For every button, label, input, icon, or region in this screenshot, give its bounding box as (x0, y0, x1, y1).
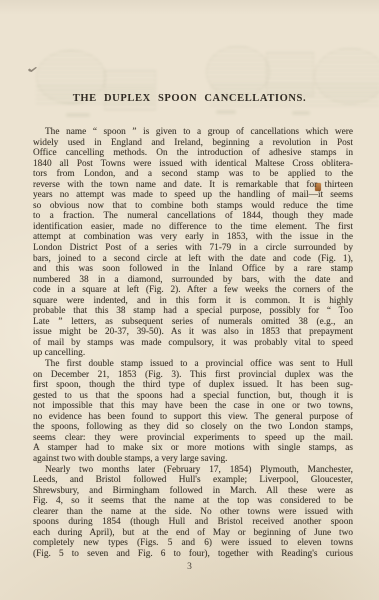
text-line: no evidence has been found to support th… (33, 412, 353, 423)
text-line: Nearly two months later (February 17, 18… (33, 465, 353, 476)
text-line: Fig. 4, so it seems that the name at the… (33, 496, 353, 507)
text-line: and this was soon followed in the Inland… (33, 264, 353, 275)
text-line: spoons during 1854 (though Hull and Bris… (33, 517, 353, 528)
text-line: completely new types (Figs. 5 and 6) wer… (33, 538, 353, 549)
text-line: numbered 38 in a diamond, surrounded by … (33, 275, 353, 286)
text-line: up cancelling. (33, 348, 353, 359)
text-line: clearer than the name at the side. No ot… (33, 507, 353, 518)
text-line: code in a square at left (Fig. 2). After… (33, 285, 353, 296)
text-line: The name “ spoon ” is given to a group o… (33, 127, 353, 138)
text-line: (Fig. 5 to seven and Fig. 6 to four), to… (33, 549, 353, 560)
body-text: The name “ spoon ” is given to a group o… (33, 127, 353, 559)
text-line: against two with double stamps, a very l… (33, 454, 353, 465)
text-line: bars, joined to a second circle at left … (33, 254, 353, 265)
paragraph: The first double stamp issued to a provi… (33, 359, 353, 464)
text-line: Late ” letters, as subsequent series of … (33, 317, 353, 328)
text-line: on December 21, 1853 (Fig. 3). This firs… (33, 370, 353, 381)
ghost-caption-right-icon (292, 111, 310, 115)
text-line: 1840 all Post Towns were issued with ide… (33, 159, 353, 170)
ghost-caption-mid-icon (216, 110, 236, 114)
text-line: Shrewsbury, and Birmingham followed in M… (33, 486, 353, 497)
text-line: square were indented, and in this form i… (33, 296, 353, 307)
text-line: probable that this 38 stamp had a specia… (33, 306, 353, 317)
text-line: gested to us that the spoons had a speci… (33, 391, 353, 402)
paragraph: Nearly two months later (February 17, 18… (33, 465, 353, 560)
text-line: each during April), but at the end of Ma… (33, 528, 353, 539)
text-line: Office cancelling methods. On the introd… (33, 148, 353, 159)
paragraph: The name “ spoon ” is given to a group o… (33, 127, 353, 359)
text-line: seems clear: they were provincial experi… (33, 433, 353, 444)
text-line: issue might be 20-37, 39-50). As it was … (33, 327, 353, 338)
text-line: years no attempt was made to speed up th… (33, 190, 353, 201)
text-line: A stamper had to make six or more motion… (33, 443, 353, 454)
text-line: the spoons, following as they did so clo… (33, 422, 353, 433)
text-line: tors from London, and a second stamp was… (33, 169, 353, 180)
book-page: THE DUPLEX SPOON CANCELLATIONS. The name… (0, 0, 379, 600)
text-line: The first double stamp issued to a provi… (33, 359, 353, 370)
text-line: attempt at combination was very early in… (33, 232, 353, 243)
text-line: not impossible that this may have been t… (33, 401, 353, 412)
text-line: to a fraction. The numeral cancellations… (33, 211, 353, 222)
text-line: widely used in England and Ireland, begi… (33, 138, 353, 149)
text-line: first spoon, though the third type of du… (33, 380, 353, 391)
text-line: so obvious now that to combine both stam… (33, 201, 353, 212)
text-line: London District Post of a series with 71… (33, 243, 353, 254)
text-line: Leeds, and Bristol followed Hull's examp… (33, 475, 353, 486)
ghost-caption-left-icon (66, 113, 90, 117)
text-line: identification easier, made no differenc… (33, 222, 353, 233)
page-title: THE DUPLEX SPOON CANCELLATIONS. (0, 93, 379, 104)
text-line: of mail by stamps was made compulsory, i… (33, 338, 353, 349)
page-number: 3 (0, 562, 379, 572)
text-line: reverse with the town name and date. It … (33, 180, 353, 191)
